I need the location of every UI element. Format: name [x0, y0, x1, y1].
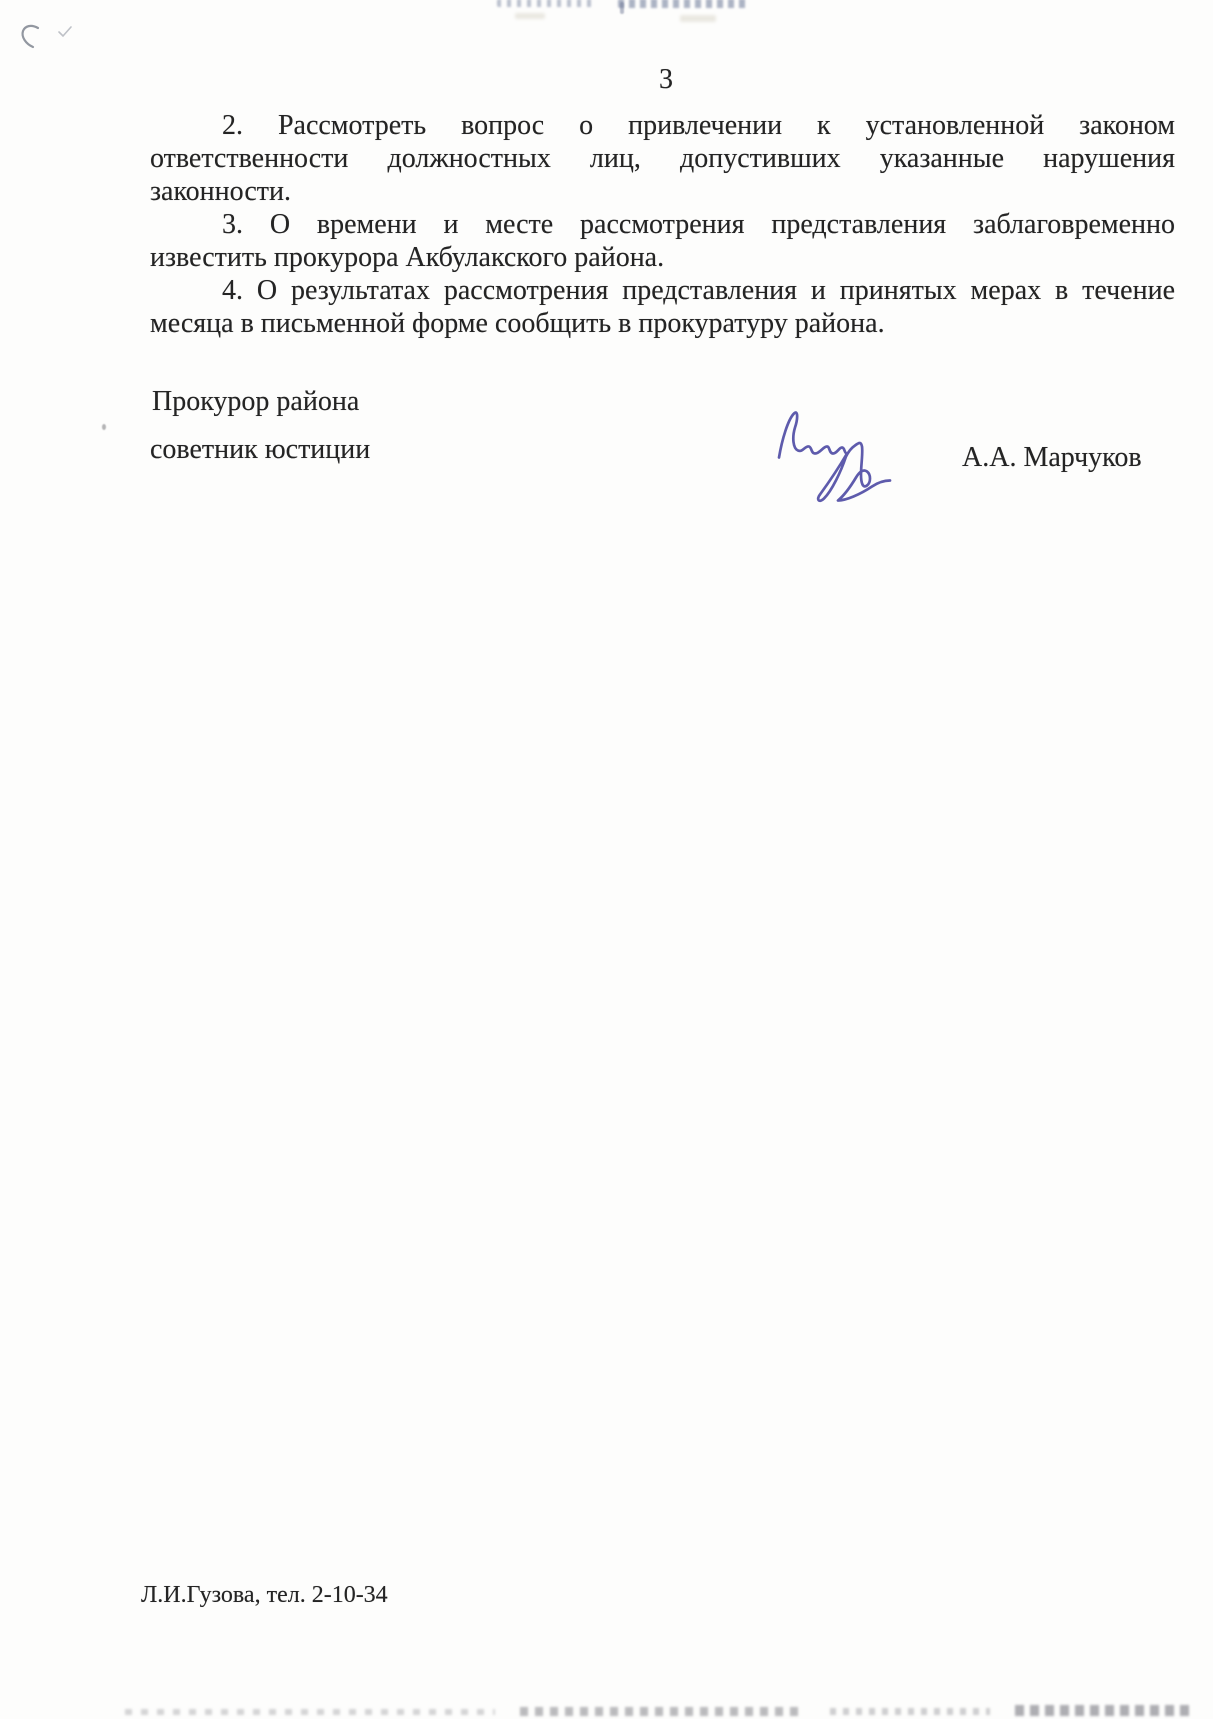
signer-position-line2: советник юстиции — [150, 433, 370, 467]
bleed-through-bottom-fragment — [1015, 1705, 1195, 1716]
bleed-through-bottom-fragment — [830, 1708, 990, 1715]
text-line: 3. О времени и месте рассмотрения предст… — [150, 208, 1175, 241]
paragraph: 4. О результатах рассмотрения представле… — [150, 274, 1175, 340]
text-line: законности. — [150, 175, 1175, 208]
bleed-through-top-fragment — [515, 13, 545, 19]
bleed-through-bottom-fragment — [520, 1707, 805, 1716]
scan-speck — [102, 424, 106, 430]
text-line: 4. О результатах рассмотрения представле… — [150, 274, 1175, 307]
bleed-through-top-fragment — [680, 15, 716, 22]
paragraph: 2. Рассмотреть вопрос о привлечении к ус… — [150, 109, 1175, 208]
page-number: 3 — [606, 66, 726, 94]
text-line: известить прокурора Акбулакского района. — [150, 241, 1175, 274]
signer-position-line1: Прокурор района — [152, 385, 359, 419]
pen-mark-icon — [0, 15, 90, 65]
bleed-through-bottom-fragment — [125, 1709, 495, 1715]
bleed-through-top-fragment — [620, 2, 624, 14]
text-line: 2. Рассмотреть вопрос о привлечении к ус… — [150, 109, 1175, 142]
bleed-through-top-fragment — [618, 0, 748, 8]
document-body: 2. Рассмотреть вопрос о привлечении к ус… — [150, 109, 1175, 340]
text-line: ответственности должностных лиц, допусти… — [150, 142, 1175, 175]
signer-name: А.А. Марчуков — [962, 441, 1142, 475]
handwritten-signature — [774, 402, 899, 517]
handwritten-signature-path — [779, 413, 890, 501]
executor-contact: Л.И.Гузова, тел. 2-10-34 — [141, 1581, 388, 1610]
bleed-through-top-fragment — [497, 0, 592, 7]
scanned-document-page: 3 2. Рассмотреть вопрос о привлечении к … — [0, 0, 1213, 1719]
text-line: месяца в письменной форме сообщить в про… — [150, 307, 1175, 340]
paragraph: 3. О времени и месте рассмотрения предст… — [150, 208, 1175, 274]
